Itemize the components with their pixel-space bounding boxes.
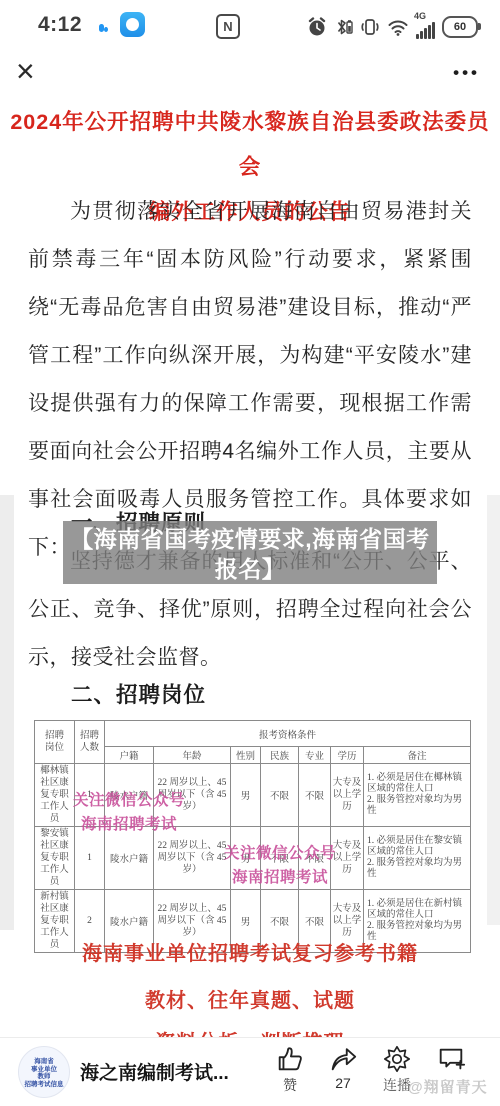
signal-4g-icon: 4G [416,14,435,39]
more-menu-icon[interactable]: ••• [453,52,480,94]
channel-avatar[interactable]: 海南省 事业单位 教师 招聘考试信息 [18,1046,70,1098]
clock-time: 4:12 [38,13,82,37]
battery-percent: 60 [454,21,466,33]
col-header-position: 招聘岗位 [35,721,75,764]
promo-line-1: 海南事业单位招聘考试复习参考书籍 [0,937,500,966]
pink-watermark-1: 关注微信公众号 海南招聘考试 [71,789,187,837]
messenger-app-icon [120,12,145,37]
col-header-qualifications: 报考资格条件 [105,721,471,747]
col-header-huji: 户籍 [105,747,154,764]
vibrate-icon [360,17,380,37]
col-header-major: 专业 [299,747,331,764]
page-edge-left [0,495,14,930]
share-count: 27 [316,1075,370,1091]
earbud-icon [99,23,109,35]
col-header-gender: 性别 [231,747,261,764]
status-icons: 4G 60 [307,14,478,39]
overlay-watermark: 【海南省国考疫情要求,海南省国考报名】 [63,521,437,584]
page-edge-right [487,495,500,925]
like-button[interactable]: 赞 [263,1044,317,1095]
pink-watermark-2: 关注微信公众号 海南招聘考试 [222,842,338,890]
user-watermark: @翔留青天 [408,1076,488,1097]
like-label: 赞 [263,1075,317,1095]
col-header-ethnic: 民族 [261,747,299,764]
col-header-age: 年龄 [154,747,231,764]
nfc-icon: N [216,14,240,39]
channel-name[interactable]: 海之南编制考试... [80,1058,229,1085]
comment-plus-icon [436,1044,466,1074]
share-button[interactable]: 27 [316,1044,370,1091]
wifi-icon [387,17,409,37]
alarm-icon [307,17,327,37]
section-2-heading: 二、招聘岗位 [28,678,472,709]
share-arrow-icon [328,1044,358,1074]
flower-star-icon [382,1044,412,1074]
bluetooth-battery-icon [334,17,353,37]
nav-row: × ••• [0,52,500,94]
battery-icon: 60 [442,16,478,38]
close-icon[interactable]: × [16,50,35,92]
col-header-note: 备注 [364,747,471,764]
status-bar: 4:12 N 4G 60 [0,0,500,52]
thumbs-up-icon [275,1044,305,1074]
col-header-edu: 学历 [331,747,364,764]
title-line-1: 2024年公开招聘中共陵水黎族自治县委政法委员会 [0,100,500,190]
col-header-count: 招聘人数 [75,721,105,764]
promo-line-2: 教材、往年真题、试题 [0,984,500,1013]
